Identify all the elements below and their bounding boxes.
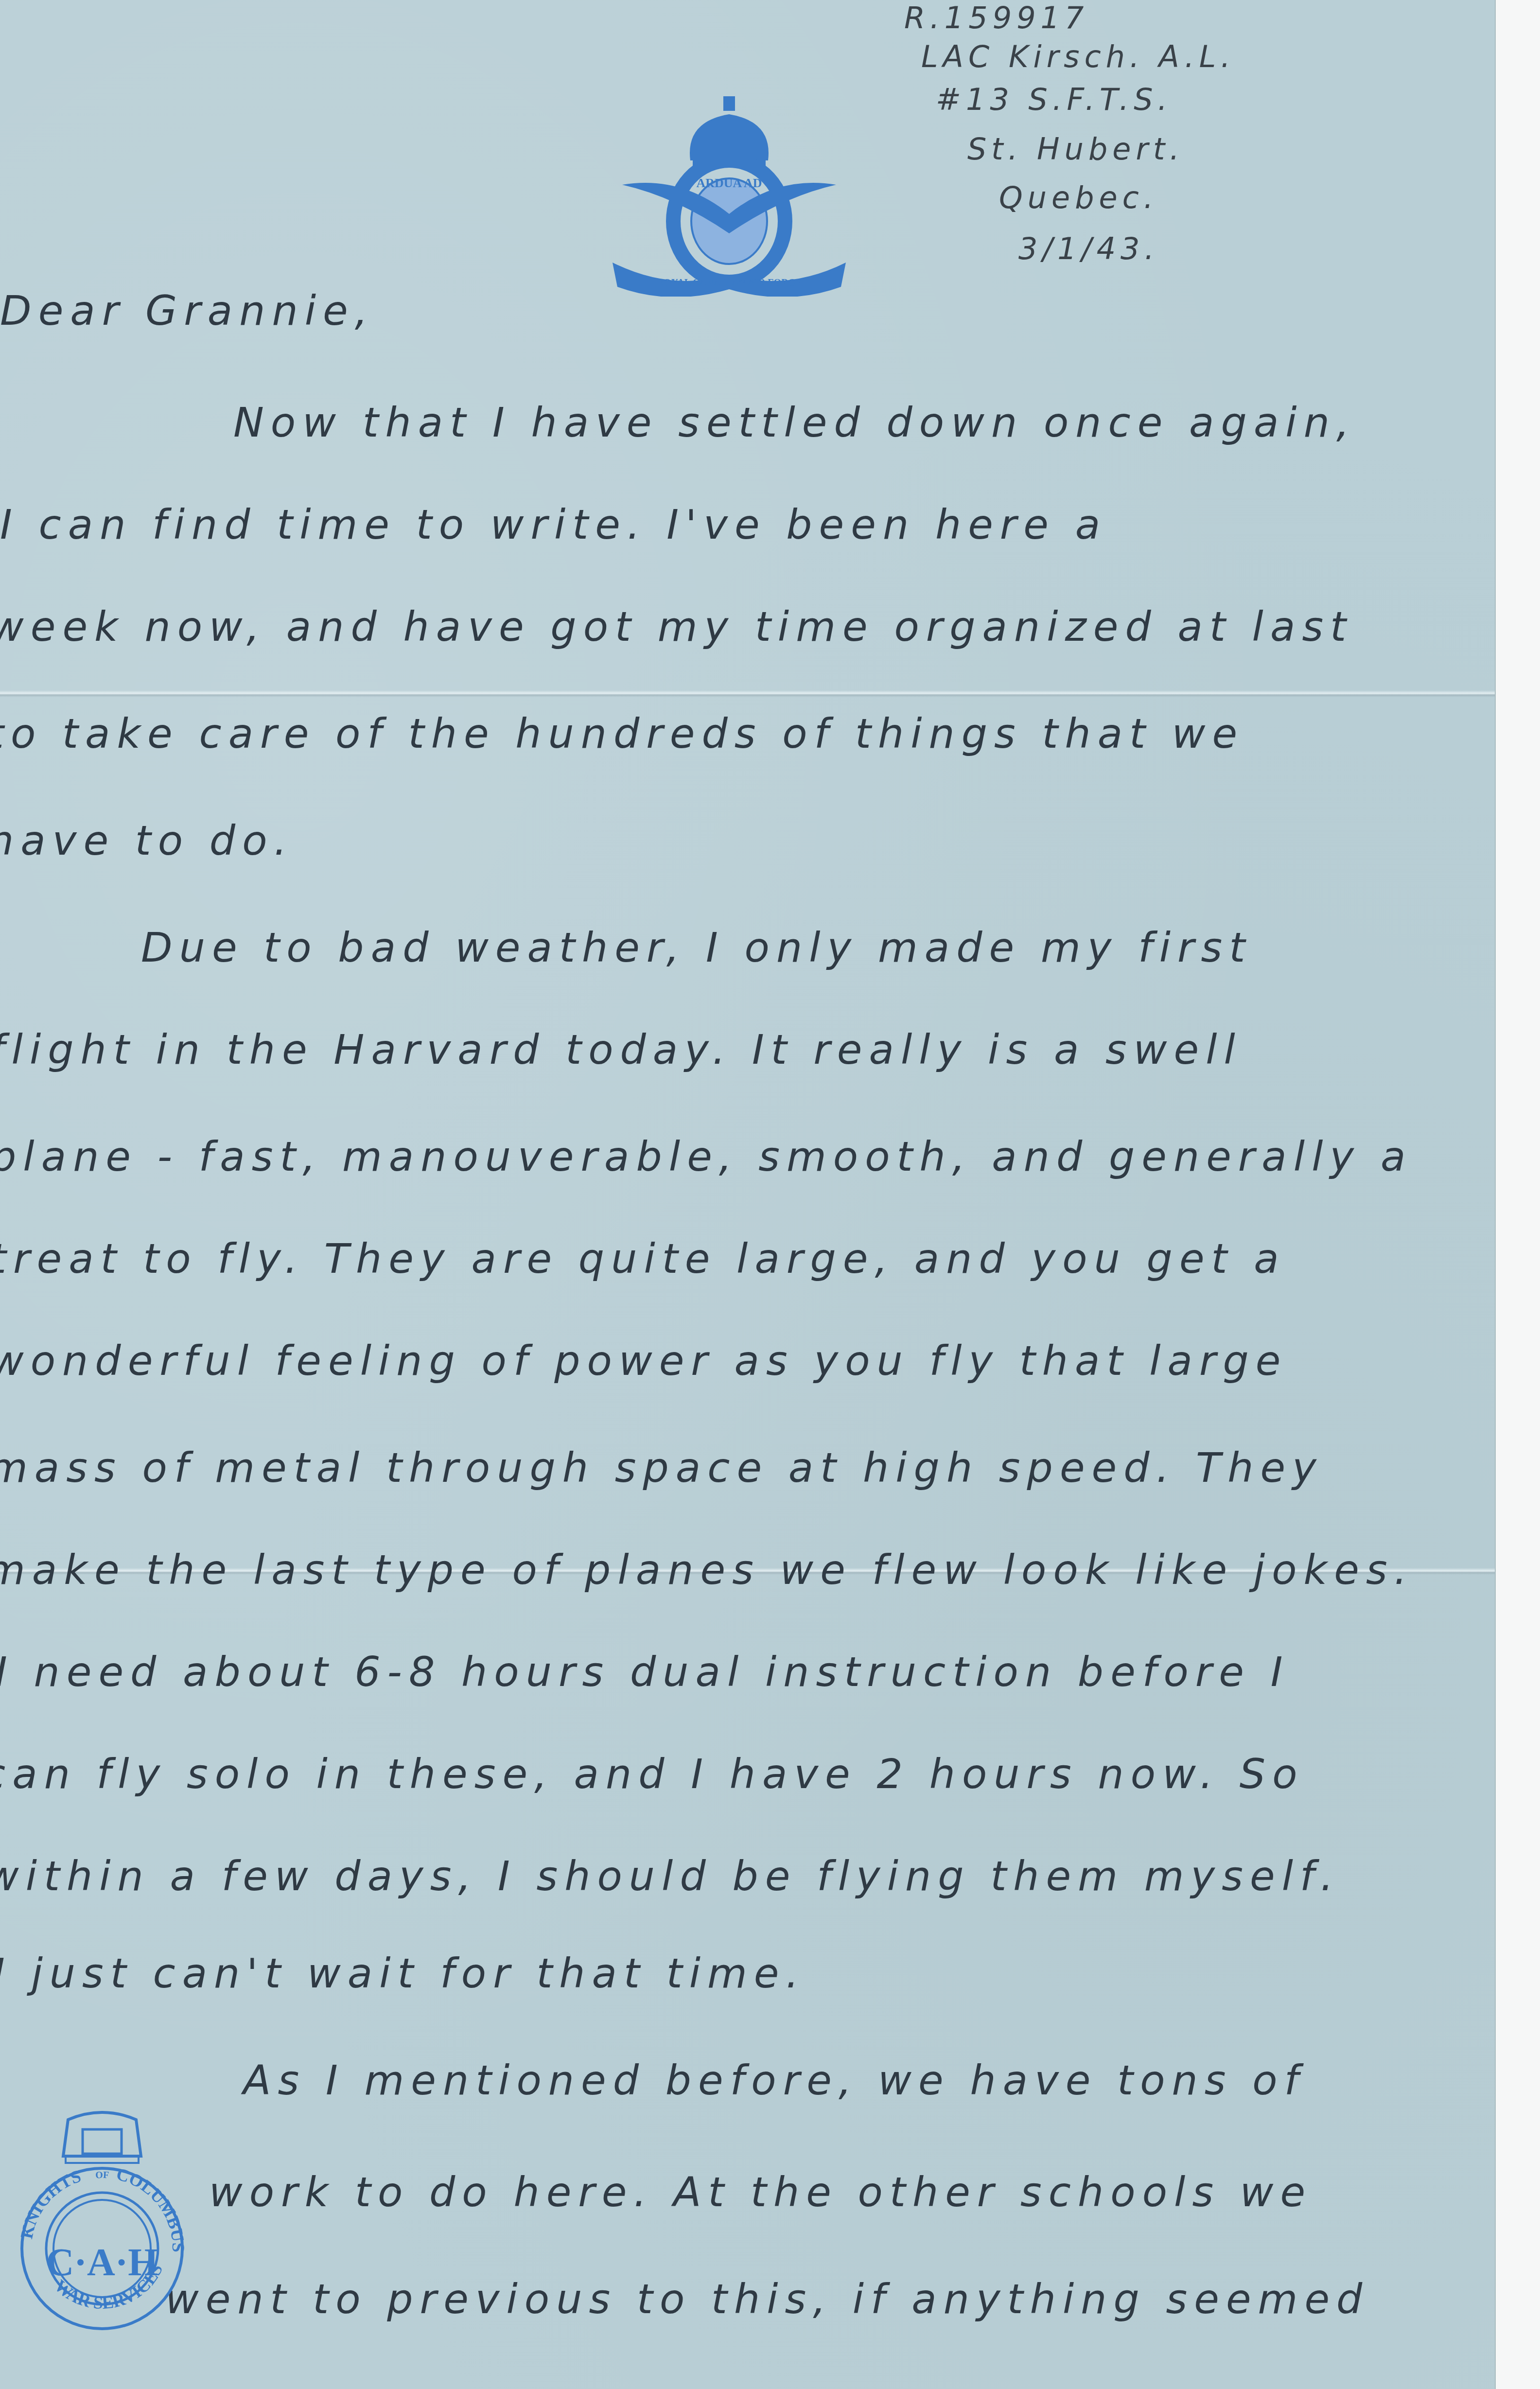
salutation: Dear Grannie, <box>0 287 374 334</box>
letter-line: Now that I have settled down once again, <box>233 399 1356 446</box>
letter-line: can fly solo in these, and I have 2 hour… <box>0 1750 1304 1798</box>
letter-page: ARDUA AD ROYAL CANADIAN AIR FORCE R.1599… <box>0 0 1496 2389</box>
sender-unit: #13 S.F.T.S. <box>936 82 1172 117</box>
letter-line: work to do here. At the other schools we <box>209 2168 1312 2216</box>
letter-line: went to previous to this, if anything se… <box>165 2275 1369 2323</box>
svg-text:ARDUA AD: ARDUA AD <box>696 176 762 190</box>
letter-line: treat to fly. They are quite large, and … <box>0 1235 1286 1282</box>
letter-line: I need about 6-8 hours dual instruction … <box>0 1648 1290 1696</box>
letter-line: to take care of the hundreds of things t… <box>0 710 1244 757</box>
rcaf-crest-icon: ARDUA AD ROYAL CANADIAN AIR FORCE <box>608 92 851 297</box>
paper-fold-upper <box>0 690 1495 697</box>
letter-line: mass of metal through space at high spee… <box>0 1444 1323 1492</box>
letter-line: As I mentioned before, we have tons of <box>243 2056 1305 2104</box>
svg-text:ROYAL CANADIAN AIR FORCE: ROYAL CANADIAN AIR FORCE <box>657 278 802 288</box>
letter-line: I can find time to write. I've been here… <box>0 501 1107 548</box>
letter-line: I just can't wait for that time. <box>0 1950 805 1997</box>
svg-text:OF: OF <box>95 2170 109 2181</box>
letter-line: Due to bad weather, I only made my first <box>141 924 1252 971</box>
letter-line: within a few days, I should be flying th… <box>0 1852 1340 1900</box>
letter-line: wonderful feeling of power as you fly th… <box>0 1337 1288 1385</box>
letter-line: flight in the Harvard today. It really i… <box>0 1026 1242 1073</box>
sender-city: St. Hubert. <box>967 131 1184 167</box>
knights-of-columbus-seal-icon: C·A·H KNIGHTS OF COLUMBUS WAR SERVICES <box>10 2110 194 2334</box>
sender-province: Quebec. <box>999 180 1158 215</box>
svg-text:COLUMBUS: COLUMBUS <box>114 2164 188 2252</box>
scan-margin <box>1496 0 1540 2389</box>
letter-line: plane - fast, manouverable, smooth, and … <box>0 1133 1412 1180</box>
letter-line: make the last type of planes we flew loo… <box>0 1546 1414 1594</box>
letter-date: 3/1/43. <box>1018 231 1159 266</box>
sender-name: LAC Kirsch. A.L. <box>921 39 1235 74</box>
letter-line: week now, and have got my time organized… <box>0 603 1353 650</box>
letter-line: have to do. <box>0 817 294 864</box>
service-number: R.159917 <box>904 0 1088 35</box>
